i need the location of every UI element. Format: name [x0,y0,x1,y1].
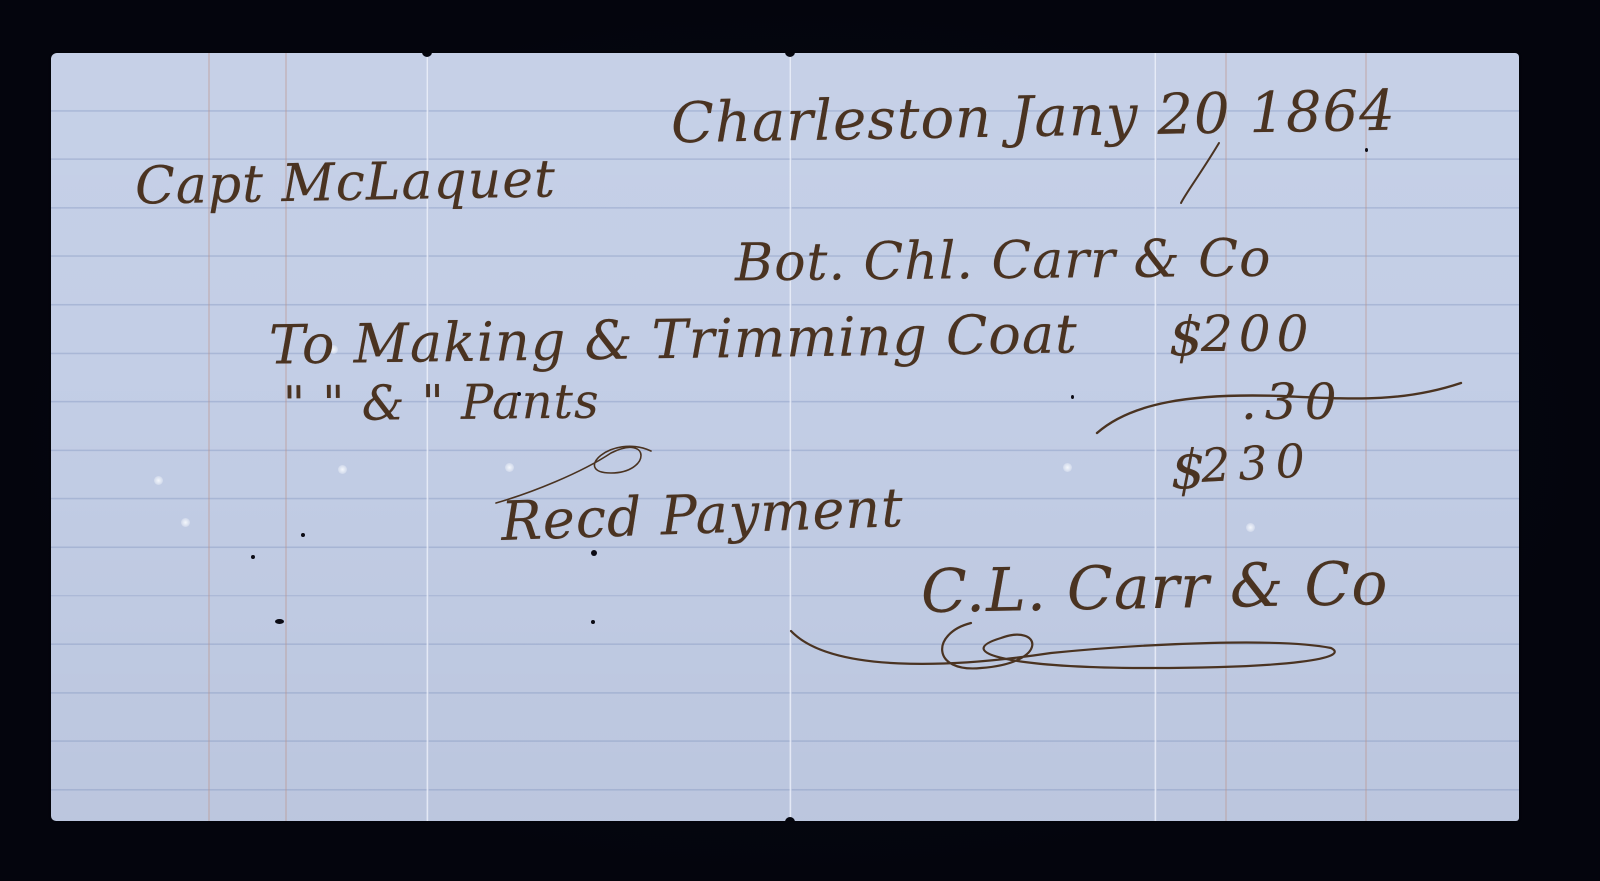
addressee: Capt McLaquet [135,149,557,216]
paper-dimple [1246,523,1255,532]
line-item-amount: .30 [1241,373,1345,431]
vendor-line: Bot. Chl. Carr & Co [735,229,1272,294]
paper-dimple [505,463,514,472]
signature: C.L. Carr & Co [920,549,1389,627]
paper-dimple [154,476,163,485]
paper-dimple [1063,463,1072,472]
paper-hole [301,533,305,537]
total-amount: 230 [1200,433,1314,493]
paper-dimple [181,518,190,527]
edge-notch [785,817,795,821]
photo-background: Charleston Jany 20 1864 Capt McLaquet Bo… [0,0,1600,881]
place-and-date: Charleston Jany 20 1864 [670,79,1396,157]
paper-hole [1365,148,1368,152]
paper-hole [591,620,595,624]
receipt-paper: Charleston Jany 20 1864 Capt McLaquet Bo… [51,53,1519,821]
paper-hole [275,619,284,624]
amount-column-rule [1365,53,1367,821]
fold-crease [1154,53,1157,821]
line-item-description: To Making & Trimming Coat [269,302,1079,376]
line-item-description: " " & " Pants [283,374,600,433]
paper-hole [251,555,255,559]
paper-dimple [338,465,347,474]
line-item-currency: $ [1169,305,1204,368]
paper-hole [1071,395,1074,399]
fold-crease [789,53,792,821]
line-item-amount: 200 [1201,305,1314,363]
paper-hole [591,550,597,556]
